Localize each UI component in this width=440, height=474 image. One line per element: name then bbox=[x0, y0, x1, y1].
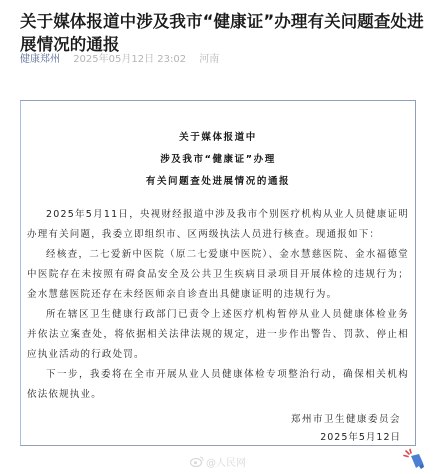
article-title: 关于媒体报道中涉及我市“健康证”办理有关问题查处进展情况的通报 bbox=[20, 10, 425, 56]
document-body: 2025年5月11日，央视财经报道中涉及我市个别医疗机构从业人员健康证明办理有关… bbox=[27, 205, 409, 405]
document-heading-line-3: 有关问题查处进展情况的通报 bbox=[21, 176, 415, 188]
signature-organization: 郑州市卫生健康委员会 bbox=[291, 413, 401, 427]
article-meta: 健康郑州 2025年05月12日 23:02 河南 bbox=[20, 53, 219, 67]
megaphone-icon bbox=[402, 448, 428, 470]
article-page: 关于媒体报道中涉及我市“健康证”办理有关问题查处进展情况的通报 健康郑州 202… bbox=[0, 0, 440, 474]
document-paragraph: 经核查，二七爱新中医院（原二七爱康中医院）、金水慧慈医院、金水福德堂中医院存在未… bbox=[27, 245, 409, 305]
source-account-link[interactable]: 健康郑州 bbox=[20, 54, 60, 65]
signature-date: 2025年5月12日 bbox=[320, 431, 401, 445]
image-watermark: @人民网 bbox=[190, 454, 246, 469]
document-paragraph: 下一步，我委将在全市开展从业人员健康体检专项整治行动，确保相关机构依法依规执业。 bbox=[27, 365, 409, 405]
document-heading-line-2: 涉及我市“健康证”办理 bbox=[21, 154, 415, 166]
weibo-icon bbox=[190, 456, 204, 467]
document-paragraph: 2025年5月11日，央视财经报道中涉及我市个别医疗机构从业人员健康证明办理有关… bbox=[27, 205, 409, 245]
megaphone-button[interactable] bbox=[402, 448, 428, 470]
notice-document-image: 关于媒体报道中 涉及我市“健康证”办理 有关问题查处进展情况的通报 2025年5… bbox=[20, 100, 416, 446]
watermark-text: @人民网 bbox=[206, 454, 246, 469]
publish-location: 河南 bbox=[199, 54, 219, 65]
document-heading-line-1: 关于媒体报道中 bbox=[21, 132, 415, 144]
document-paragraph: 所在辖区卫生健康行政部门已责令上述医疗机构暂停从业人员健康体检业务并依法立案查处… bbox=[27, 305, 409, 365]
publish-time: 2025年05月12日 23:02 bbox=[73, 54, 186, 65]
